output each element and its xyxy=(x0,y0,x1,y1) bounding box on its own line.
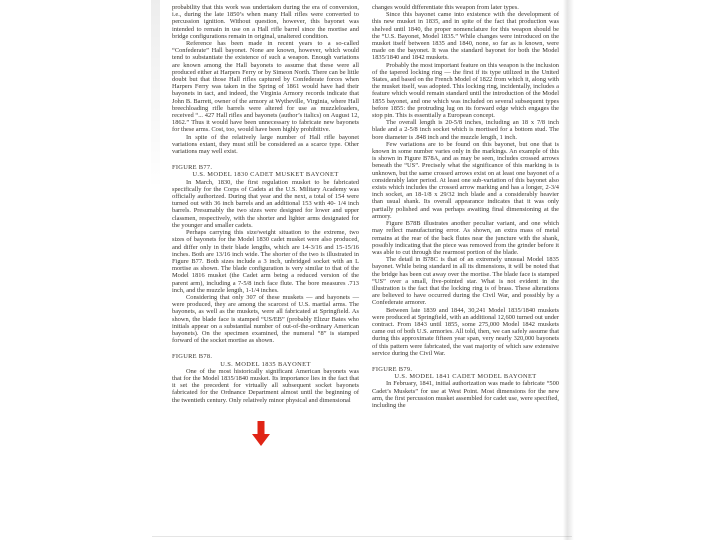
right-text-column: changes would differentiate this weapon … xyxy=(372,4,559,409)
page-edge-shadow-right xyxy=(563,0,574,540)
paragraph: Between late 1839 and 1844, 30,241 Model… xyxy=(372,307,559,357)
paragraph: probability that this work was undertake… xyxy=(172,4,359,40)
paragraph: Since this bayonet came into existence w… xyxy=(372,11,559,61)
paragraph: The overall length is 20-5/8 inches, inc… xyxy=(372,119,559,141)
paragraph: Reference has been made in recent years … xyxy=(172,40,359,134)
paragraph: changes would differentiate this weapon … xyxy=(372,4,559,11)
paragraph: Probably the most important feature on t… xyxy=(372,62,559,120)
page-bottom-scan-line xyxy=(152,536,572,537)
scanned-book-page: probability that this work was undertake… xyxy=(0,0,720,540)
figure-label: FIGURE B77. xyxy=(172,164,359,171)
paragraph: Few variations are to be found on this b… xyxy=(372,141,559,220)
red-arrow-annotation xyxy=(252,421,270,446)
section-heading-arrow-target: U.S. MODEL 1835 BAYONET xyxy=(172,361,359,368)
paragraph: One of the most historically significant… xyxy=(172,368,359,404)
paragraph: Perhaps carrying this size/weight situat… xyxy=(172,229,359,294)
page-edge-shadow-left xyxy=(151,0,160,190)
red-arrow-shape xyxy=(252,421,270,446)
screenshot-root: { "page": { "kind": "scanned-book-page",… xyxy=(0,0,720,540)
figure-label: FIGURE B79. xyxy=(372,366,559,373)
paragraph: Figure B78B illustrates another peculiar… xyxy=(372,220,559,256)
paragraph: Considering that only 307 of these muske… xyxy=(172,294,359,344)
section-heading: U.S. MODEL 1841 CADET MODEL BAYONET xyxy=(372,373,559,380)
paragraph: In spite of the relatively large number … xyxy=(172,134,359,156)
left-text-column: probability that this work was undertake… xyxy=(172,4,359,404)
paragraph: In March, 1830, the first regulation mus… xyxy=(172,179,359,229)
paragraph: In February, 1841, initial authorization… xyxy=(372,380,559,409)
section-heading: U.S. MODEL 1830 CADET MUSKET BAYONET xyxy=(172,171,359,178)
figure-label: FIGURE B78. xyxy=(172,353,359,360)
paragraph: The detail in B78C is that of an extreme… xyxy=(372,256,559,306)
